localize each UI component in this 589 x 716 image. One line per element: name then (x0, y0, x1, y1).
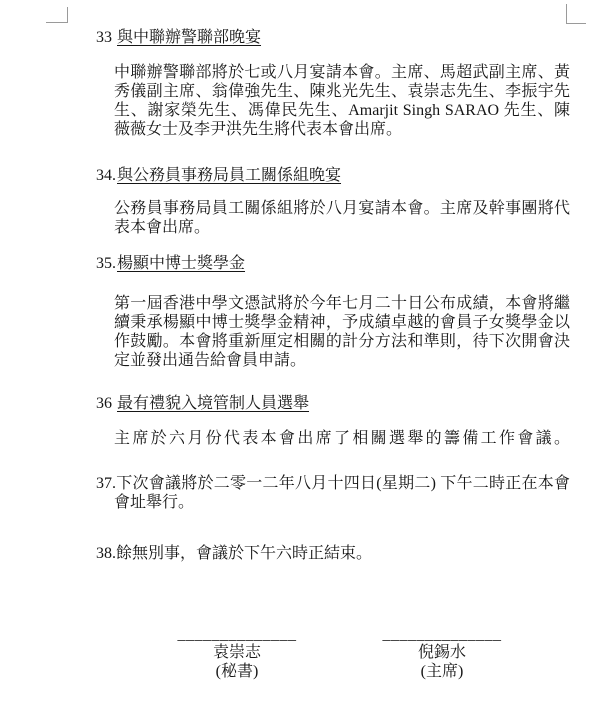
item-33-body: 中聯辦警聯部將於七或八月宴請本會。主席、馬超武副主席、黃秀儀副主席、翁偉強先生、… (114, 63, 570, 139)
item-36-body: 主席於六月份代表本會出席了相關選舉的籌備工作會議。 (114, 429, 570, 448)
minute-item-37: 37.下次會議將於二零一二年八月十四日(星期二) 下午二時正在本會會址舉行。 (96, 474, 570, 512)
signature-role-secretary: (秘書) (163, 662, 311, 681)
item-34-number: 34. (96, 166, 117, 185)
item-37-number: 37. (96, 475, 116, 492)
signature-line-chairman: ______________ (368, 628, 516, 642)
minute-item-38: 38.餘無別事，會議於下午六時正結束。 (96, 544, 570, 563)
item-34-body: 公務員事務局員工關係組將於八月宴請本會。主席及幹事團將代表本會出席。 (114, 199, 570, 237)
item-35-heading: 35.楊顯中博士獎學金 (96, 254, 570, 273)
item-33-heading: 33與中聯辦警聯部晚宴 (96, 28, 570, 47)
item-36-number: 36 (96, 394, 117, 413)
item-35-body: 第一屆香港中學文憑試將於今年七月二十日公布成績，本會將繼續秉承楊顯中博士獎學金精… (114, 294, 570, 370)
item-34-title: 與公務員事務局員工關係組晚宴 (117, 167, 341, 184)
item-36-title: 最有禮貌入境管制人員選舉 (117, 395, 309, 412)
item-35-title: 楊顯中博士獎學金 (117, 255, 245, 272)
item-33-title: 與中聯辦警聯部晚宴 (117, 29, 261, 46)
signature-name-secretary: 袁崇志 (163, 643, 311, 662)
signature-line-secretary: ______________ (163, 628, 311, 642)
minutes-content: 33與中聯辦警聯部晚宴 中聯辦警聯部將於七或八月宴請本會。主席、馬超武副主席、黃… (96, 28, 570, 681)
item-38-text: 餘無別事，會議於下午六時正結束。 (116, 545, 372, 562)
minute-item-33: 33與中聯辦警聯部晚宴 中聯辦警聯部將於七或八月宴請本會。主席、馬超武副主席、黃… (96, 28, 570, 139)
minute-item-34: 34.與公務員事務局員工關係組晚宴 公務員事務局員工關係組將於八月宴請本會。主席… (96, 166, 570, 237)
corner-mark-top-right-icon (566, 4, 586, 24)
signature-role-chairman: (主席) (368, 662, 516, 681)
minute-item-36: 36最有禮貌入境管制人員選舉 主席於六月份代表本會出席了相關選舉的籌備工作會議。 (96, 394, 570, 448)
document-page: 33與中聯辦警聯部晚宴 中聯辦警聯部將於七或八月宴請本會。主席、馬超武副主席、黃… (0, 0, 589, 716)
item-33-number: 33 (96, 28, 117, 47)
item-38-number: 38. (96, 545, 116, 562)
item-35-number: 35. (96, 254, 117, 273)
corner-mark-top-left-icon (46, 7, 68, 23)
signature-secretary: ______________ 袁崇志 (秘書) (163, 628, 311, 681)
signature-section: ______________ 袁崇志 (秘書) ______________ 倪… (163, 628, 570, 681)
minute-item-35: 35.楊顯中博士獎學金 第一屆香港中學文憑試將於今年七月二十日公布成績，本會將繼… (96, 254, 570, 370)
signature-chairman: ______________ 倪錫水 (主席) (368, 628, 516, 681)
item-34-heading: 34.與公務員事務局員工關係組晚宴 (96, 166, 570, 185)
item-36-heading: 36最有禮貌入境管制人員選舉 (96, 394, 570, 413)
item-37-text: 下次會議將於二零一二年八月十四日(星期二) 下午二時正在本會會址舉行。 (114, 475, 570, 511)
signature-name-chairman: 倪錫水 (368, 643, 516, 662)
